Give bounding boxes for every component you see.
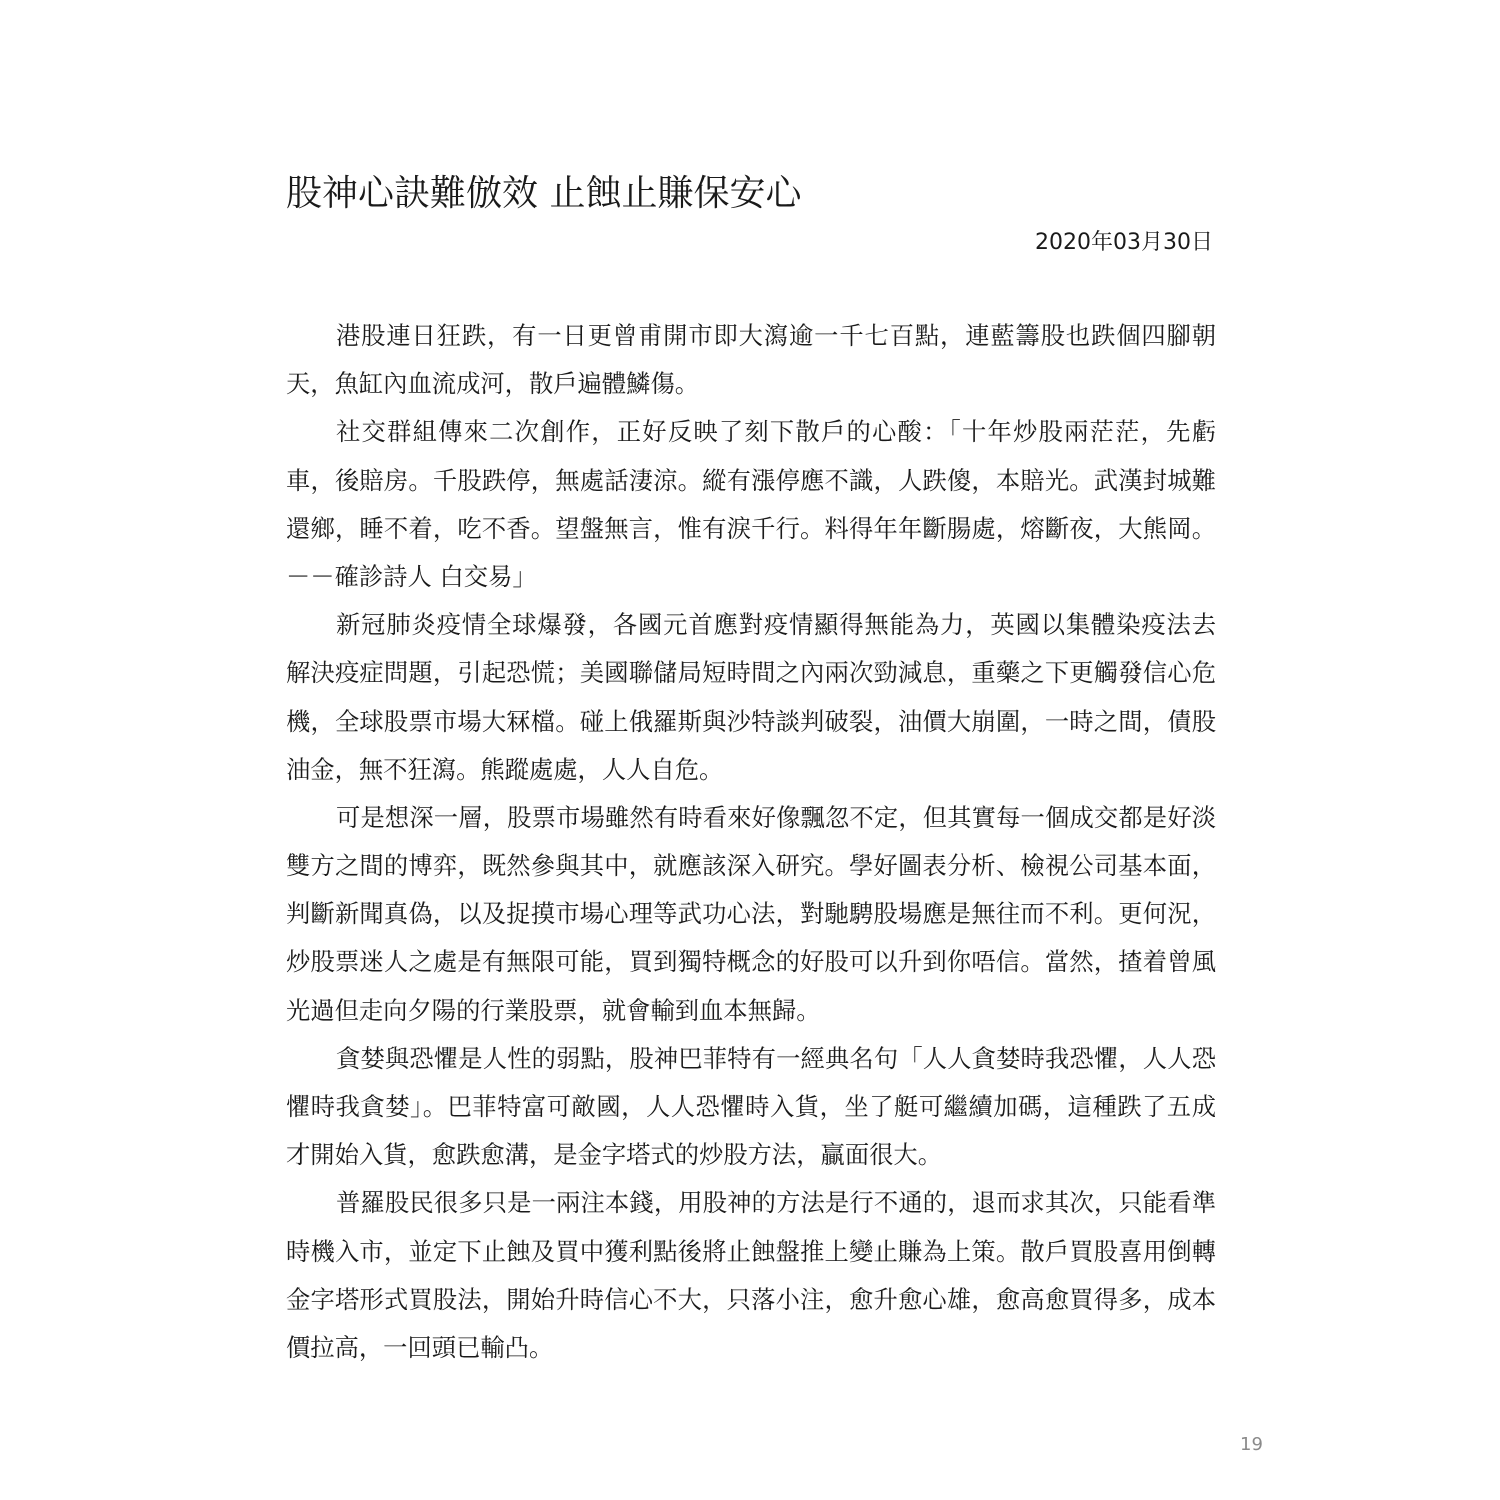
paragraph-line: 時機入市，並定下止蝕及買中獲利點後將止蝕盤推上變止賺為上策。散戶買股喜用倒轉: [286, 1228, 1216, 1276]
paragraph-line: 金字塔形式買股法，開始升時信心不大，只落小注，愈升愈心雄，愈高愈買得多，成本: [286, 1276, 1216, 1324]
paragraph-6: 普羅股民很多只是一兩注本錢，用股神的方法是行不通的，退而求其次，只能看準 時機入…: [286, 1179, 1216, 1372]
paragraph-line: 新冠肺炎疫情全球爆發，各國元首應對疫情顯得無能為力，英國以集體染疫法去: [286, 601, 1216, 649]
paragraph-2: 社交群組傳來二次創作，正好反映了刻下散戶的心酸：「十年炒股兩茫茫，先虧 車，後賠…: [286, 408, 1216, 601]
paragraph-line: 機，全球股票市場大冧檔。碰上俄羅斯與沙特談判破裂，油價大崩圍，一時之間，債股: [286, 698, 1216, 746]
paragraph-line: －－確診詩人 白交易」: [286, 553, 1216, 601]
document-page: 股神心訣難倣效 止蝕止賺保安心 2020年03月30日 港股連日狂跌，有一日更曾…: [0, 0, 1500, 1500]
paragraph-line: 價拉高，一回頭已輸凸。: [286, 1324, 1216, 1372]
paragraph-line: 炒股票迷人之處是有無限可能，買到獨特概念的好股可以升到你唔信。當然，揸着曾風: [286, 938, 1216, 986]
paragraph-line: 普羅股民很多只是一兩注本錢，用股神的方法是行不通的，退而求其次，只能看準: [286, 1179, 1216, 1227]
paragraph-1: 港股連日狂跌，有一日更曾甫開市即大瀉逾一千七百點，連藍籌股也跌個四腳朝 天，魚缸…: [286, 312, 1216, 408]
paragraph-line: 油金，無不狂瀉。熊蹤處處，人人自危。: [286, 746, 1216, 794]
paragraph-line: 懼時我貪婪」。巴菲特富可敵國，人人恐懼時入貨，坐了艇可繼續加碼，這種跌了五成: [286, 1083, 1216, 1131]
paragraph-line: 判斷新聞真偽，以及捉摸市場心理等武功心法，對馳騁股場應是無往而不利。更何況，: [286, 890, 1216, 938]
paragraph-line: 港股連日狂跌，有一日更曾甫開市即大瀉逾一千七百點，連藍籌股也跌個四腳朝: [286, 312, 1216, 360]
paragraph-line: 貪婪與恐懼是人性的弱點，股神巴菲特有一經典名句「人人貪婪時我恐懼，人人恐: [286, 1035, 1216, 1083]
article-date: 2020年03月30日: [1035, 228, 1213, 258]
paragraph-line: 解決疫症問題，引起恐慌；美國聯儲局短時間之內兩次勁減息，重藥之下更觸發信心危: [286, 649, 1216, 697]
paragraph-line: 車，後賠房。千股跌停，無處話淒涼。縱有漲停應不識，人跌傻，本賠光。武漢封城難: [286, 457, 1216, 505]
paragraph-5: 貪婪與恐懼是人性的弱點，股神巴菲特有一經典名句「人人貪婪時我恐懼，人人恐 懼時我…: [286, 1035, 1216, 1180]
article-title: 股神心訣難倣效 止蝕止賺保安心: [286, 168, 801, 220]
paragraph-line: 雙方之間的博弈，既然參與其中，就應該深入研究。學好圖表分析、檢視公司基本面，: [286, 842, 1216, 890]
paragraph-line: 天，魚缸內血流成河，散戶遍體鱗傷。: [286, 360, 1216, 408]
paragraph-line: 才開始入貨，愈跌愈溝，是金字塔式的炒股方法，贏面很大。: [286, 1131, 1216, 1179]
paragraph-line: 光過但走向夕陽的行業股票，就會輸到血本無歸。: [286, 987, 1216, 1035]
paragraph-line: 社交群組傳來二次創作，正好反映了刻下散戶的心酸：「十年炒股兩茫茫，先虧: [286, 408, 1216, 456]
paragraph-4: 可是想深一層，股票市場雖然有時看來好像飄忽不定，但其實每一個成交都是好淡 雙方之…: [286, 794, 1216, 1035]
article-body: 港股連日狂跌，有一日更曾甫開市即大瀉逾一千七百點，連藍籌股也跌個四腳朝 天，魚缸…: [286, 312, 1216, 1372]
paragraph-line: 可是想深一層，股票市場雖然有時看來好像飄忽不定，但其實每一個成交都是好淡: [286, 794, 1216, 842]
paragraph-3: 新冠肺炎疫情全球爆發，各國元首應對疫情顯得無能為力，英國以集體染疫法去 解決疫症…: [286, 601, 1216, 794]
page-number: 19: [1240, 1433, 1263, 1457]
paragraph-line: 還鄉，睡不着，吃不香。望盤無言，惟有淚千行。料得年年斷腸處，熔斷夜，大熊岡。: [286, 505, 1216, 553]
